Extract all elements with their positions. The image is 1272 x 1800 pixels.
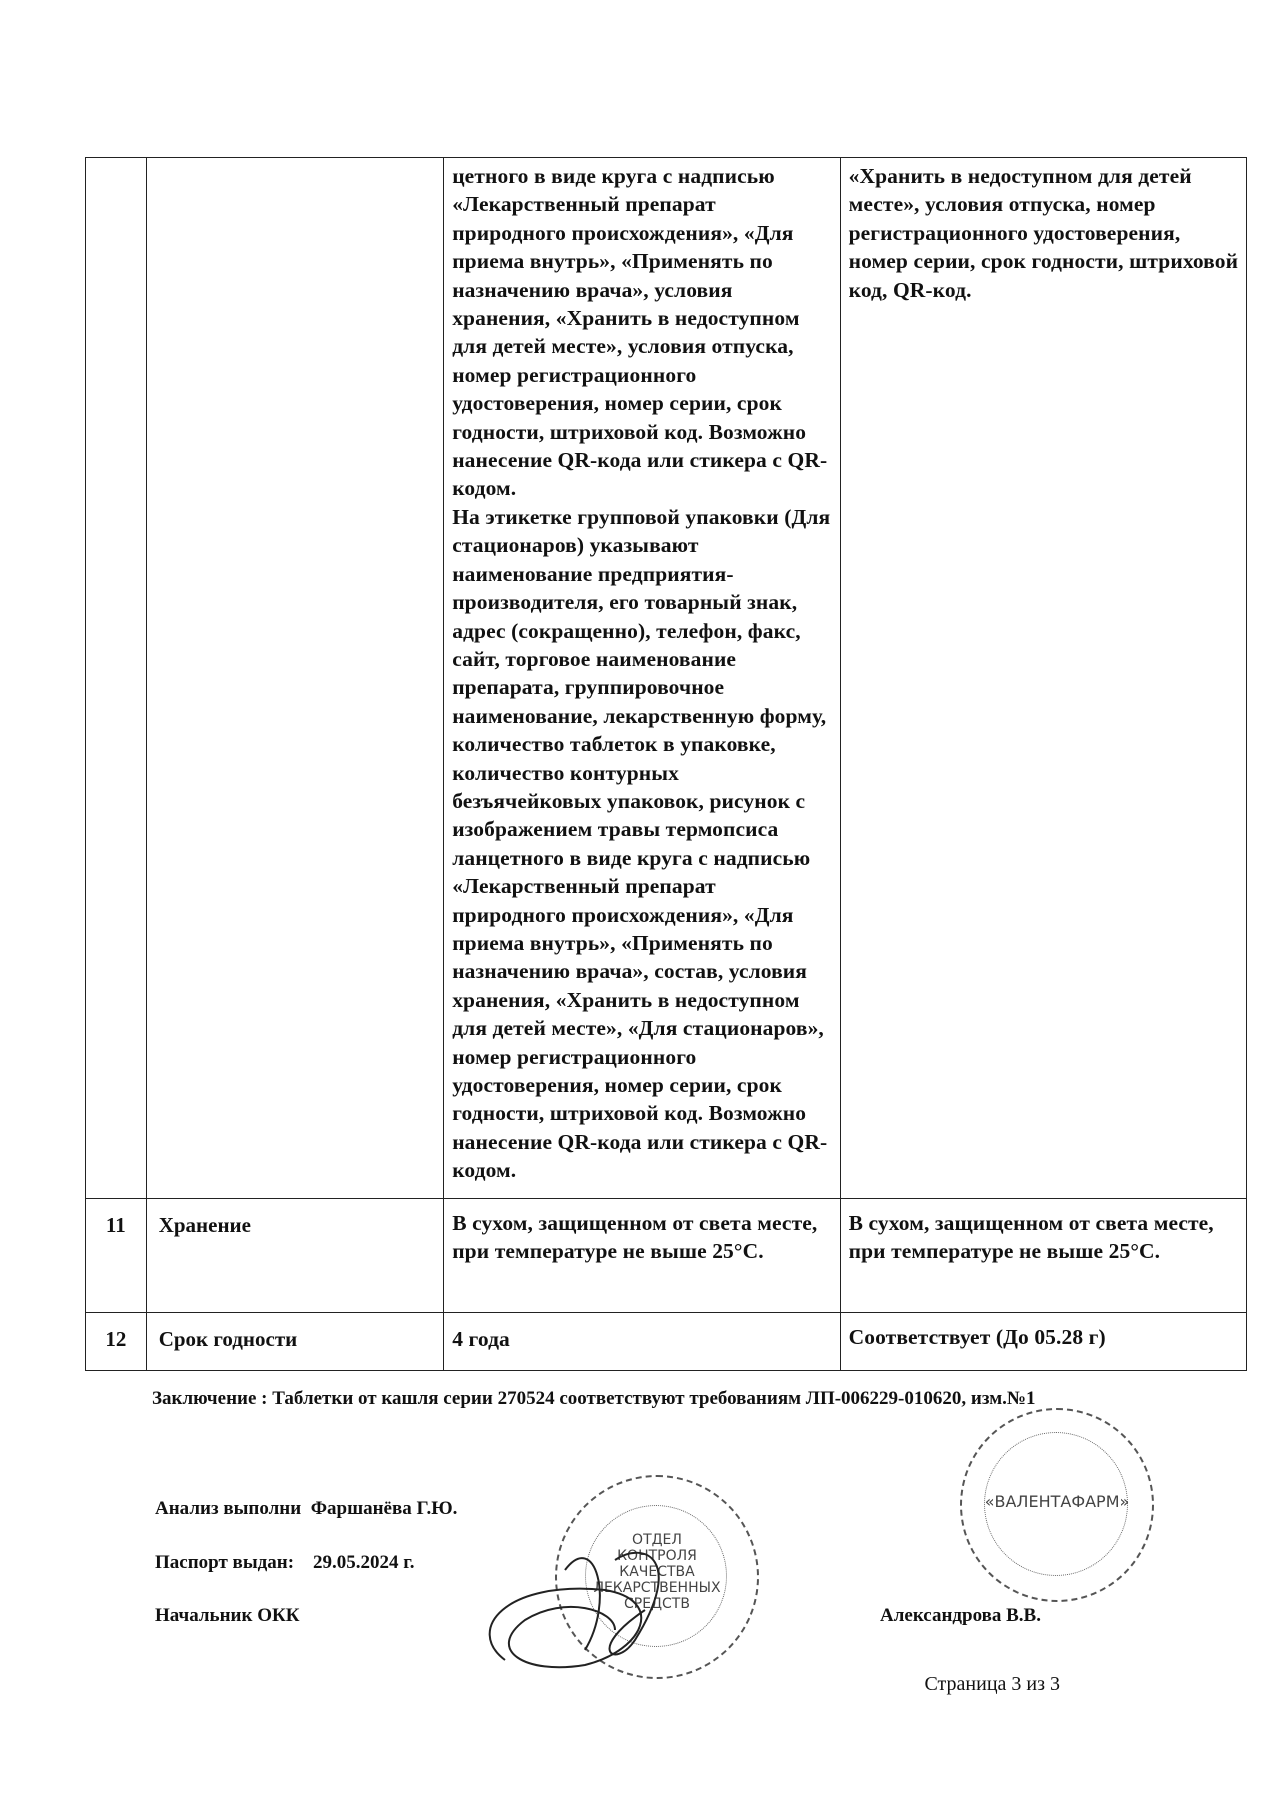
- row-number-cell: [86, 158, 147, 1199]
- row-name-cell: Срок годности: [146, 1313, 444, 1371]
- requirement-text: цетного в виде круга с надписью «Лекарст…: [444, 158, 839, 1198]
- row-number-cell: 12: [86, 1313, 147, 1371]
- row-name-cell: [146, 158, 444, 1199]
- quality-table: цетного в виде круга с надписью «Лекарст…: [85, 157, 1247, 1371]
- signature-icon: [465, 1540, 725, 1680]
- result-cell: Соответствует (До 05.28 г): [840, 1313, 1246, 1371]
- head-label: Начальник ОКК: [155, 1605, 300, 1627]
- requirement-cell: 4 года: [444, 1313, 840, 1371]
- passport-date: 29.05.2024 г.: [313, 1552, 415, 1573]
- conclusion: Заключение : Таблетки от кашля серии 270…: [152, 1388, 1035, 1410]
- analyst-name: Фаршанёва Г.Ю.: [311, 1498, 458, 1519]
- analysis-line: Анализ выполни Фаршанёва Г.Ю.: [155, 1498, 457, 1520]
- row-name-cell: Хранение: [146, 1199, 444, 1313]
- requirement-cell: В сухом, защищенном от света месте, при …: [444, 1199, 840, 1313]
- table-row: 11 Хранение В сухом, защищенном от света…: [86, 1199, 1247, 1313]
- result-text: «Хранить в недоступном для детей месте»,…: [841, 158, 1246, 310]
- passport-line: Паспорт выдан: 29.05.2024 г.: [155, 1552, 415, 1574]
- analysis-label: Анализ выполни: [155, 1498, 301, 1519]
- company-stamp-text: «ВАЛЕНТАФАРМ»: [962, 1494, 1152, 1510]
- passport-label: Паспорт выдан:: [155, 1552, 294, 1573]
- requirement-cell: цетного в виде круга с надписью «Лекарст…: [444, 158, 840, 1199]
- table-row: цетного в виде круга с надписью «Лекарст…: [86, 158, 1247, 1199]
- company-stamp: «ВАЛЕНТАФАРМ»: [960, 1408, 1154, 1602]
- row-number-cell: 11: [86, 1199, 147, 1313]
- head-name: Александрова В.В.: [880, 1605, 1041, 1627]
- table-row: 12 Срок годности 4 года Соответствует (Д…: [86, 1313, 1247, 1371]
- result-cell: В сухом, защищенном от света месте, при …: [840, 1199, 1246, 1313]
- page-number: Страница 3 из 3: [924, 1673, 1060, 1696]
- result-cell: «Хранить в недоступном для детей месте»,…: [840, 158, 1246, 1199]
